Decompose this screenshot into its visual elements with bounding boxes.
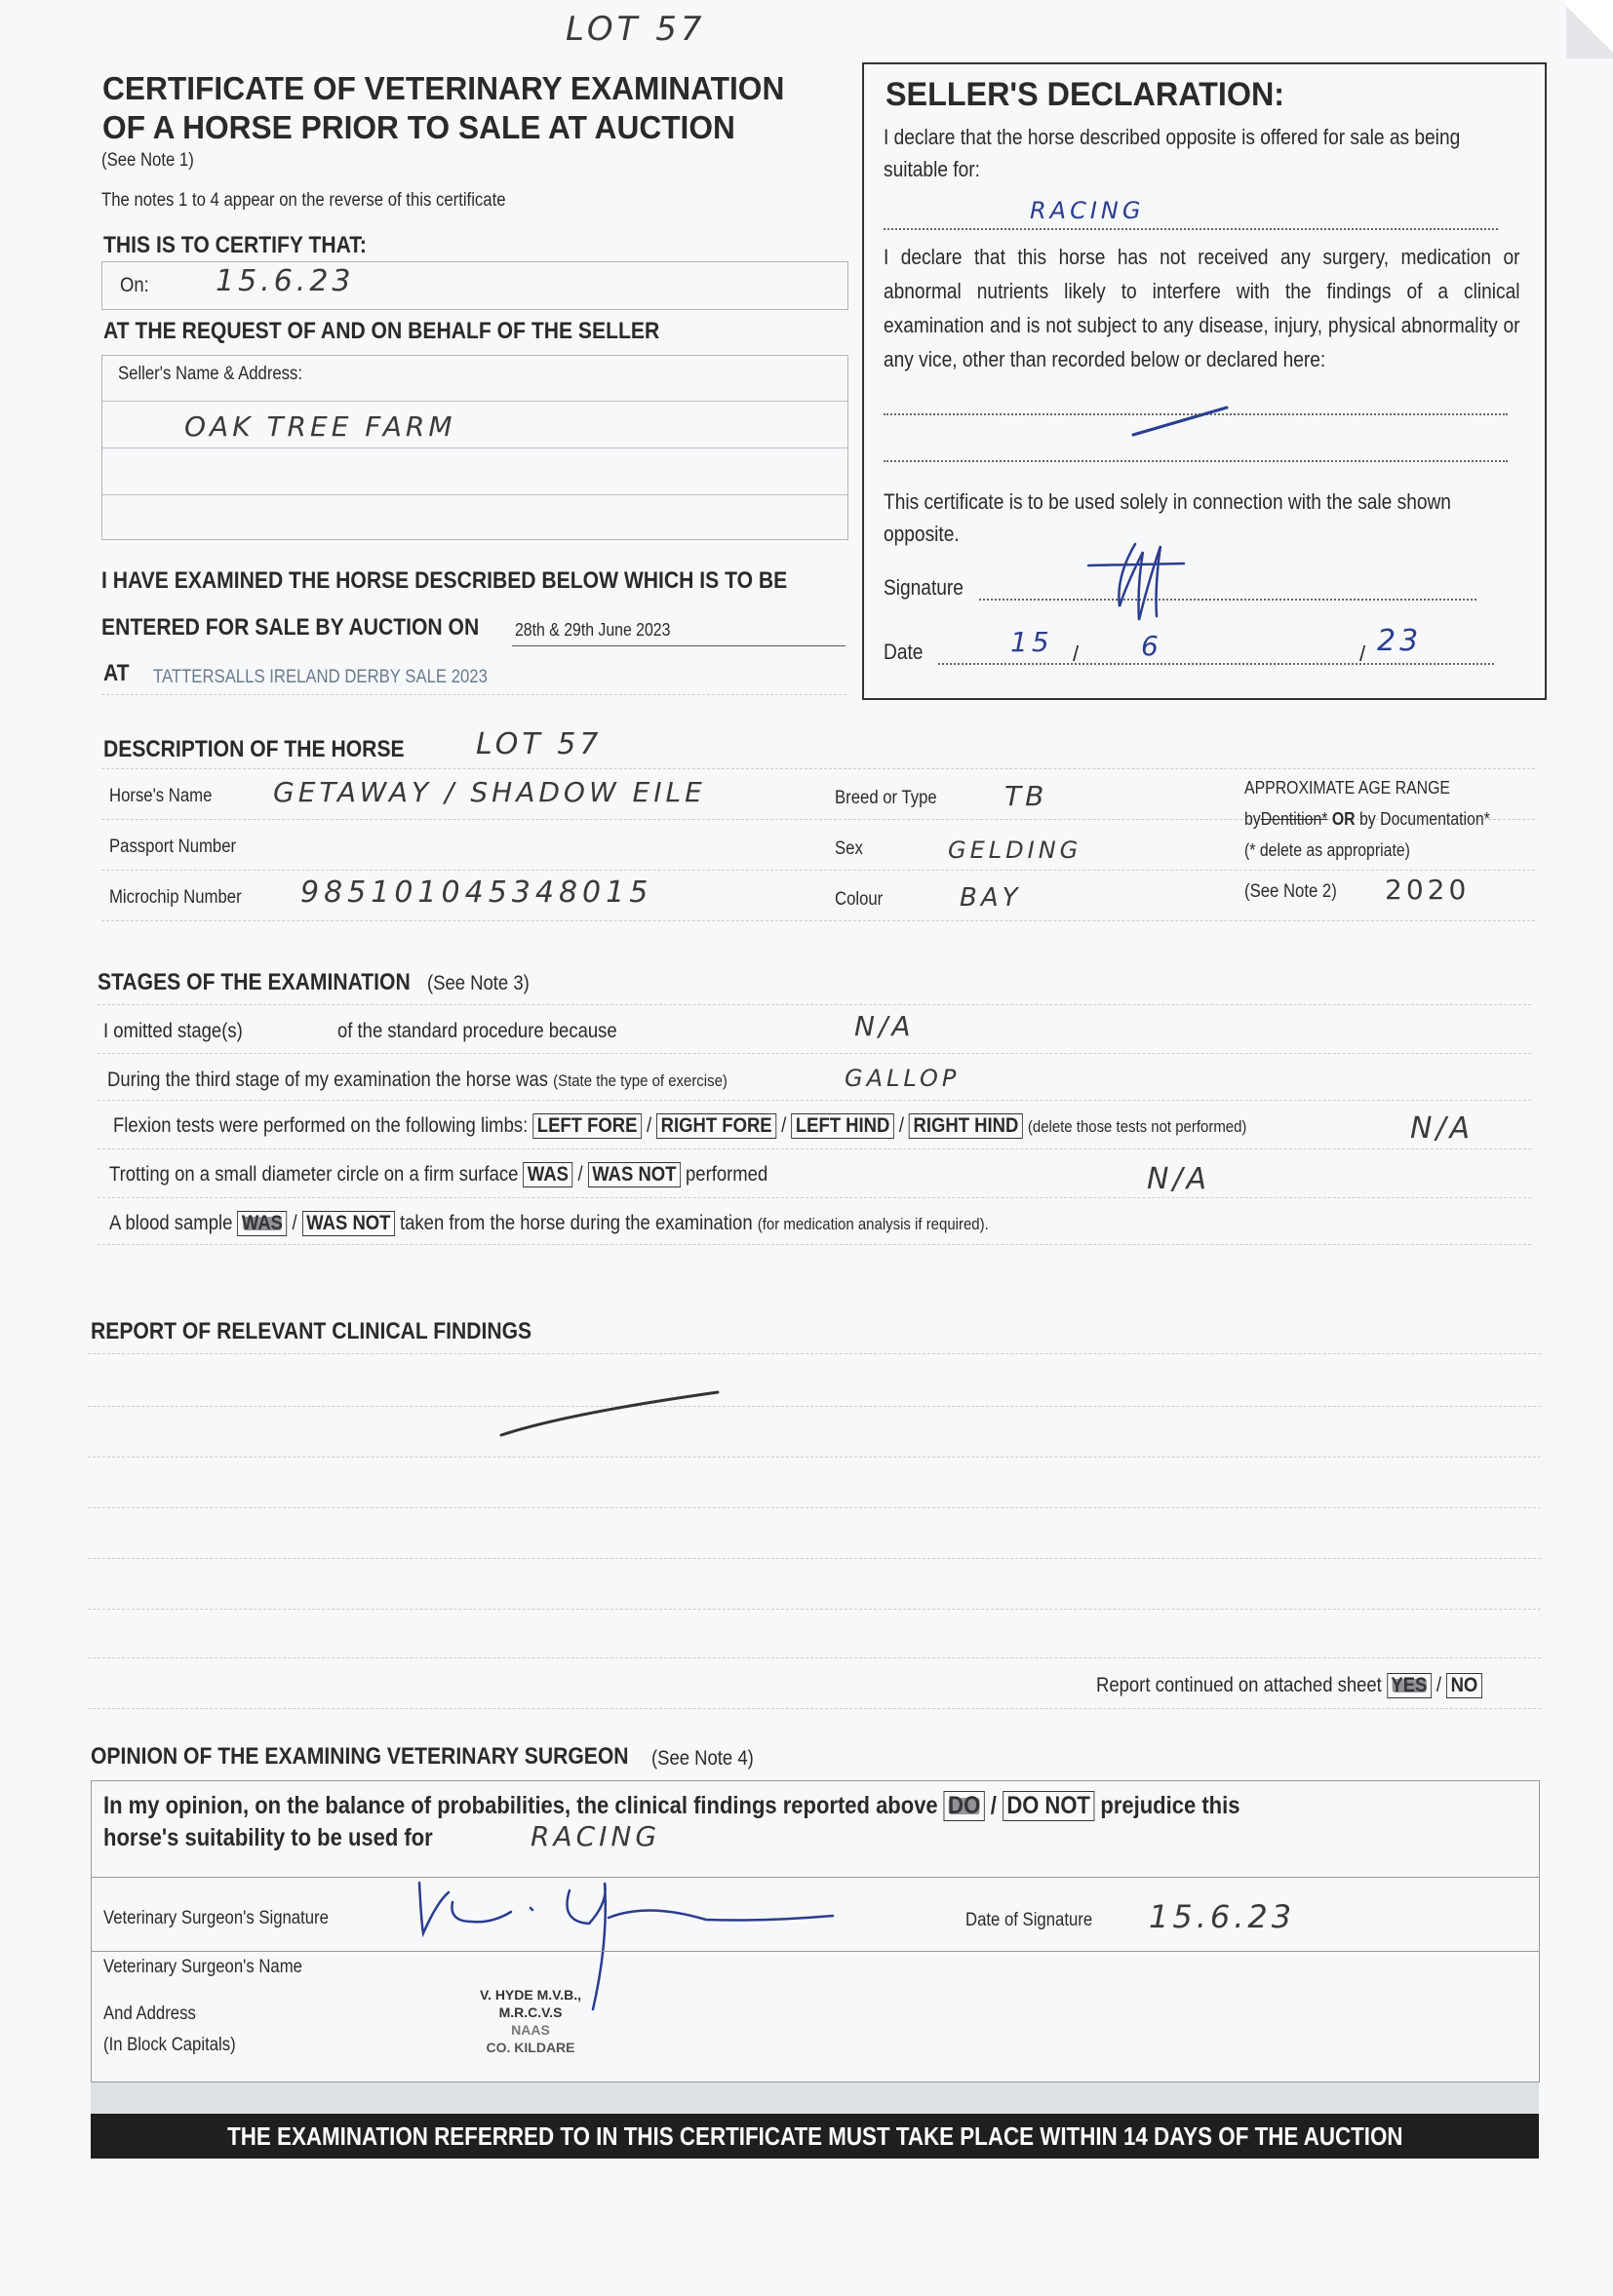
opinion-see-note: (See Note 4) xyxy=(651,1747,754,1771)
opinion-do-deleted[interactable]: DO xyxy=(944,1791,985,1821)
breed-label: Breed or Type xyxy=(835,788,937,809)
signature-label: Signature xyxy=(884,575,964,601)
age-delete-note: (* delete as appropriate) xyxy=(1244,840,1410,861)
declaration-dash-stroke xyxy=(1129,402,1246,441)
opinion-heading: OPINION OF THE EXAMINING VETERINARY SURG… xyxy=(91,1743,629,1771)
footer-banner: THE EXAMINATION REFERRED TO IN THIS CERT… xyxy=(91,2114,1539,2159)
at-label: AT xyxy=(103,660,130,687)
vet-date-label: Date of Signature xyxy=(965,1910,1092,1931)
vet-stamp-county: CO. KILDARE xyxy=(452,2039,609,2056)
stages-heading-row: STAGES OF THE EXAMINATION xyxy=(98,969,452,996)
omitted-value[interactable]: N/A xyxy=(854,1010,915,1042)
vet-signature[interactable] xyxy=(413,1863,901,1990)
vet-stamp-name: V. HYDE M.V.B., M.R.C.V.S xyxy=(452,1986,609,2021)
see-note-1: (See Note 1) xyxy=(101,150,194,172)
examined-line2: ENTERED FOR SALE BY AUCTION ON xyxy=(101,614,479,642)
stages-heading: STAGES OF THE EXAMINATION xyxy=(98,969,411,996)
seller-name-address-field[interactable]: Seller's Name & Address: OAK TREE FARM xyxy=(101,355,848,540)
opinion-statement-line2: horse's suitability to be used for xyxy=(103,1824,433,1852)
declaration-title: SELLER'S DECLARATION: xyxy=(885,76,1284,114)
suitable-for-value[interactable]: RACING xyxy=(1030,197,1144,224)
horse-name-value[interactable]: GETAWAY / SHADOW EILE xyxy=(273,776,706,808)
description-lot: LOT 57 xyxy=(476,727,602,761)
blood-was-not[interactable]: WAS NOT xyxy=(302,1211,395,1236)
examined-line1: I HAVE EXAMINED THE HORSE DESCRIBED BELO… xyxy=(101,567,787,595)
declaration-line-2[interactable] xyxy=(884,460,1508,462)
flexion-value[interactable]: N/A xyxy=(1410,1111,1474,1146)
on-date-value: 15.6.23 xyxy=(216,264,355,298)
certificate-title-line1: CERTIFICATE OF VETERINARY EXAMINATION xyxy=(102,70,784,107)
declaration-para3: This certificate is to be used solely in… xyxy=(884,486,1520,550)
vet-stamp-town: NAAS xyxy=(452,2021,609,2039)
trotting-was-not[interactable]: WAS NOT xyxy=(588,1162,681,1187)
handwritten-lot-number: LOT 57 xyxy=(566,10,706,49)
on-label: On: xyxy=(120,274,149,297)
blood-was-deleted[interactable]: WAS xyxy=(238,1211,288,1236)
vet-date-value[interactable]: 15.6.23 xyxy=(1149,1898,1295,1935)
flexion-right-hind[interactable]: RIGHT HIND xyxy=(909,1113,1023,1139)
notes-text: The notes 1 to 4 appear on the reverse o… xyxy=(101,190,506,212)
microchip-value[interactable]: 985101045348015 xyxy=(300,876,652,910)
flexion-left-hind[interactable]: LEFT HIND xyxy=(791,1113,893,1139)
age-value[interactable]: 2020 xyxy=(1385,874,1470,906)
age-method-line: byDentition* OR by Documentation* xyxy=(1244,809,1490,830)
sex-value[interactable]: GELDING xyxy=(948,837,1082,864)
omitted-label: I omitted stage(s) xyxy=(103,1020,243,1043)
declaration-date-month: 6 xyxy=(1141,630,1162,662)
blood-row: A blood sample WAS / WAS NOT taken from … xyxy=(109,1211,989,1236)
declaration-date-field[interactable] xyxy=(938,663,1494,665)
seller-signature-field[interactable] xyxy=(979,599,1476,601)
vet-name-label: Veterinary Surgeon's Name xyxy=(103,1957,302,1978)
on-date-field[interactable]: On: 15.6.23 xyxy=(101,261,848,310)
request-heading: AT THE REQUEST OF AND ON BEHALF OF THE S… xyxy=(103,318,659,345)
vet-signature-label: Veterinary Surgeon's Signature xyxy=(103,1908,329,1929)
page-corner-curl xyxy=(1566,0,1613,58)
age-dentition-struck: Dentition* xyxy=(1261,809,1328,829)
colour-label: Colour xyxy=(835,889,883,911)
microchip-label: Microchip Number xyxy=(109,887,242,909)
seller-signature xyxy=(1086,538,1194,626)
opinion-do-not[interactable]: DO NOT xyxy=(1003,1791,1094,1821)
flexion-right-fore[interactable]: RIGHT FORE xyxy=(656,1113,776,1139)
age-see-note: (See Note 2) xyxy=(1244,881,1337,903)
trotting-row: Trotting on a small diameter circle on a… xyxy=(109,1162,767,1187)
report-dash-stroke xyxy=(497,1384,731,1443)
trotting-value[interactable]: N/A xyxy=(1147,1162,1210,1196)
flexion-row: Flexion tests were performed on the foll… xyxy=(113,1113,1246,1139)
auction-venue: TATTERSALLS IRELAND DERBY SALE 2023 xyxy=(153,667,488,688)
vet-stamp: V. HYDE M.V.B., M.R.C.V.S NAAS CO. KILDA… xyxy=(452,1986,609,2056)
age-heading: APPROXIMATE AGE RANGE xyxy=(1244,778,1450,798)
seller-value: OAK TREE FARM xyxy=(184,410,456,443)
report-continued-yes-deleted[interactable]: YES xyxy=(1387,1673,1432,1698)
horse-name-label: Horse's Name xyxy=(109,786,212,807)
opinion-suitable-for[interactable]: RACING xyxy=(531,1820,660,1852)
auction-date: 28th & 29th June 2023 xyxy=(515,620,670,641)
colour-value[interactable]: BAY xyxy=(960,883,1022,913)
breed-value[interactable]: TB xyxy=(1004,780,1047,812)
opinion-heading-row: OPINION OF THE EXAMINING VETERINARY SURG… xyxy=(91,1743,702,1771)
third-stage-value[interactable]: GALLOP xyxy=(845,1065,960,1092)
declaration-date-day: 15 xyxy=(1010,626,1053,658)
report-continued-row: Report continued on attached sheet YES /… xyxy=(1096,1673,1482,1698)
declaration-date-year: 23 xyxy=(1377,624,1422,658)
report-heading: REPORT OF RELEVANT CLINICAL FINDINGS xyxy=(91,1318,531,1345)
stages-see-note: (See Note 3) xyxy=(427,972,530,995)
sellers-declaration-box: SELLER'S DECLARATION: I declare that the… xyxy=(862,62,1547,700)
vet-block-caps-label: (In Block Capitals) xyxy=(103,2035,236,2056)
declaration-para2: I declare that this horse has not receiv… xyxy=(884,240,1520,376)
trotting-was[interactable]: WAS xyxy=(524,1162,573,1187)
declaration-para1: I declare that the horse described oppos… xyxy=(884,121,1512,185)
seller-label: Seller's Name & Address: xyxy=(118,364,302,385)
report-continued-no[interactable]: NO xyxy=(1446,1673,1482,1698)
omitted-mid: of the standard procedure because xyxy=(337,1020,617,1043)
flexion-left-fore[interactable]: LEFT FORE xyxy=(532,1113,641,1139)
opinion-statement: In my opinion, on the balance of probabi… xyxy=(103,1791,1239,1821)
passport-label: Passport Number xyxy=(109,837,236,858)
description-heading: DESCRIPTION OF THE HORSE xyxy=(103,736,405,763)
certificate-title-line2: OF A HORSE PRIOR TO SALE AT AUCTION xyxy=(102,109,735,146)
vet-address-label: And Address xyxy=(103,2004,196,2025)
certify-heading: THIS IS TO CERTIFY THAT: xyxy=(103,232,367,259)
third-stage-label: During the third stage of my examination… xyxy=(107,1069,728,1092)
date-label: Date xyxy=(884,640,923,665)
opinion-box: In my opinion, on the balance of probabi… xyxy=(91,1780,1540,2082)
sex-label: Sex xyxy=(835,838,863,860)
age-documentation: by Documentation* xyxy=(1359,809,1490,829)
